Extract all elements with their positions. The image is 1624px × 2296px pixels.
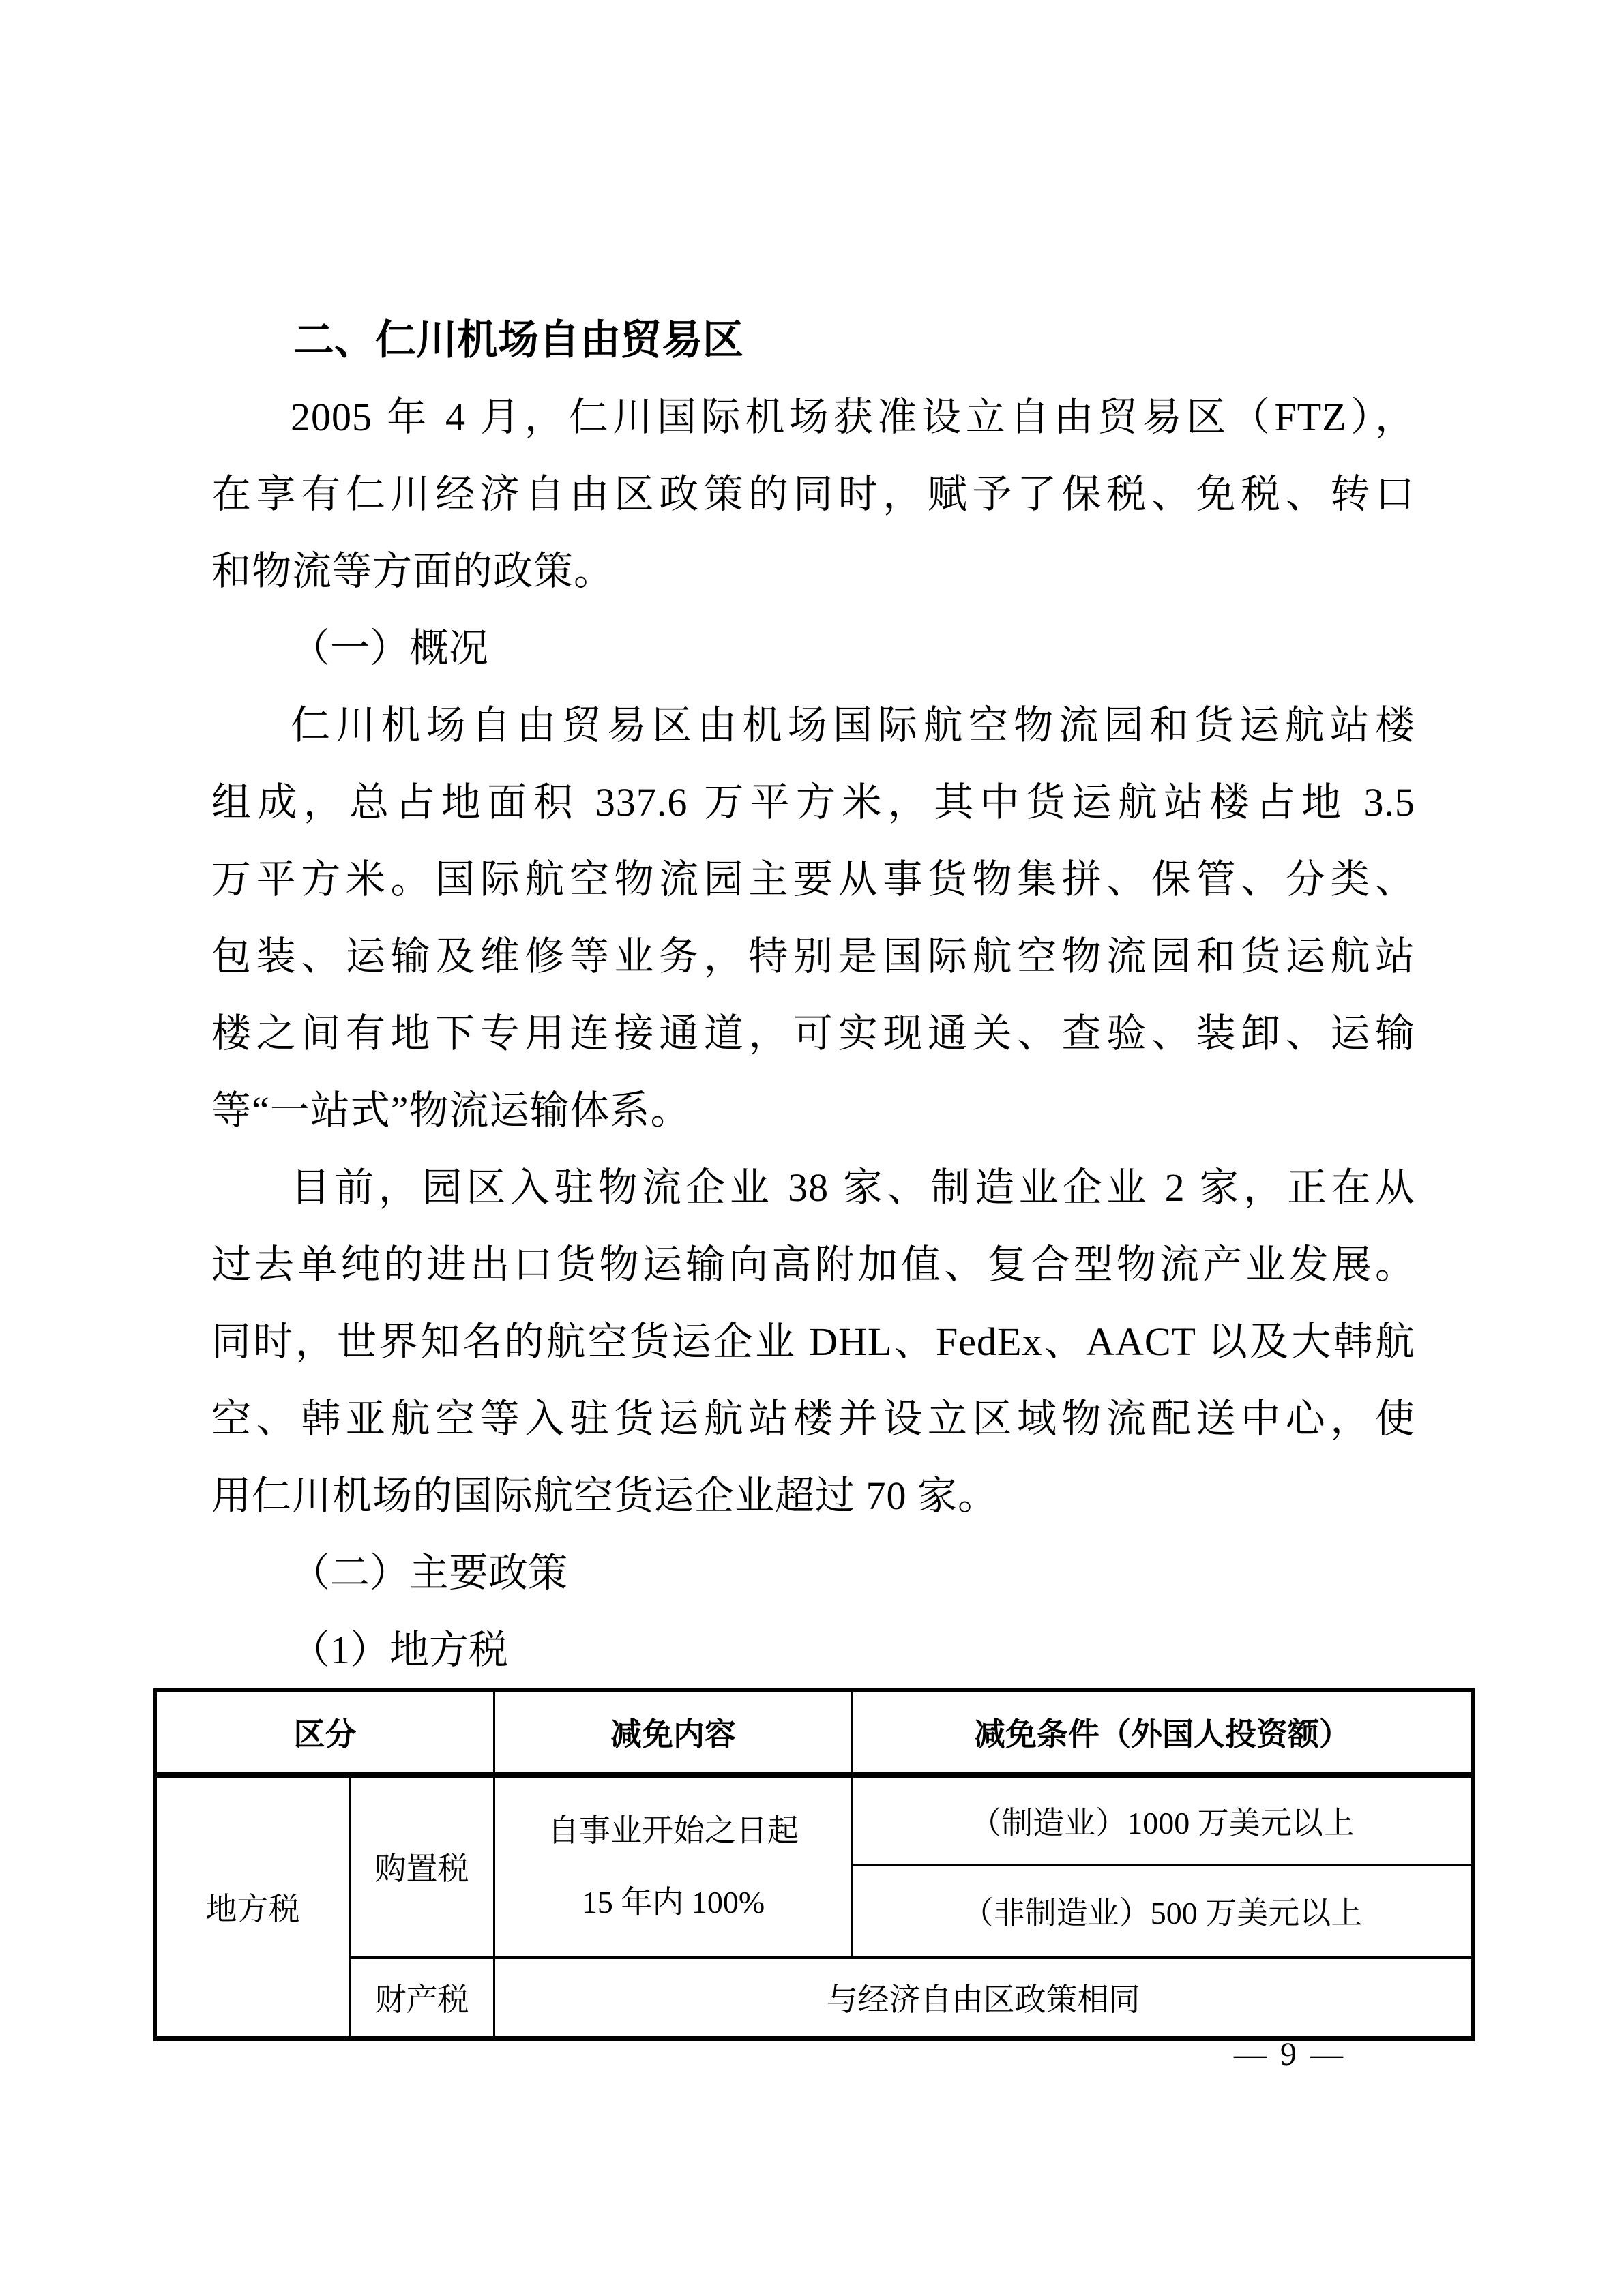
local-tax-table: 区分 减免内容 减免条件（外国人投资额） 地方税 购置税 自事业开始之日起 15… bbox=[153, 1688, 1475, 2041]
paragraph3-line: 过去单纯的进出口货物运输向高附加值、复合型物流产业发展。 bbox=[211, 1226, 1415, 1303]
header-cell-condition: 减免条件（外国人投资额） bbox=[853, 1690, 1473, 1775]
subsection-heading-local-tax: （1）地方税 bbox=[211, 1611, 1415, 1688]
paragraph3-line: 空、韩亚航空等入驻货运航站楼并设立区域物流配送中心，使 bbox=[211, 1380, 1415, 1457]
cell-purchase-tax: 购置税 bbox=[350, 1775, 494, 1958]
paragraph2-line: 组成，总占地面积 337.6 万平方米，其中货运航站楼占地 3.5 bbox=[211, 764, 1415, 841]
paragraph1-line: 和物流等方面的政策。 bbox=[211, 533, 1415, 610]
subsection-heading-policies: （二）主要政策 bbox=[211, 1534, 1415, 1611]
header-cell-group: 区分 bbox=[156, 1690, 494, 1775]
cell-property-tax: 财产税 bbox=[350, 1958, 494, 2038]
paragraph2-line: 万平方米。国际航空物流园主要从事货物集拼、保管、分类、 bbox=[211, 841, 1415, 918]
cell-local-tax: 地方税 bbox=[156, 1775, 350, 2038]
paragraph2-line: 等“一站式”物流运输体系。 bbox=[211, 1072, 1415, 1149]
document-content: 二、仁川机场自由贸易区 2005 年 4 月，仁川国际机场获准设立自由贸易区（F… bbox=[211, 301, 1415, 2041]
cell-condition-manufacturing: （制造业）1000 万美元以上 bbox=[853, 1775, 1473, 1865]
paragraph1-line: 在享有仁川经济自由区政策的同时，赋予了保税、免税、转口 bbox=[211, 456, 1415, 533]
paragraph2-line: 包装、运输及维修等业务，特别是国际航空物流园和货运航站 bbox=[211, 918, 1415, 995]
purchase-content-line2: 15 年内 100% bbox=[495, 1866, 851, 1938]
paragraph2-line: 仁川机场自由贸易区由机场国际航空物流园和货运航站楼 bbox=[211, 687, 1415, 764]
table-row: 财产税 与经济自由区政策相同 bbox=[156, 1958, 1473, 2038]
page-number: — 9 — bbox=[1234, 2036, 1346, 2073]
document-page: 二、仁川机场自由贸易区 2005 年 4 月，仁川国际机场获准设立自由贸易区（F… bbox=[0, 0, 1624, 2296]
cell-condition-non-manufacturing: （非制造业）500 万美元以上 bbox=[853, 1865, 1473, 1958]
paragraph3-line: 同时，世界知名的航空货运企业 DHL、FedEx、AACT 以及大韩航 bbox=[211, 1303, 1415, 1380]
paragraph3-line: 用仁川机场的国际航空货运企业超过 70 家。 bbox=[211, 1457, 1415, 1534]
paragraph2-line: 楼之间有地下专用连接通道，可实现通关、查验、装卸、运输 bbox=[211, 995, 1415, 1072]
purchase-content-line1: 自事业开始之日起 bbox=[495, 1795, 851, 1866]
header-cell-content: 减免内容 bbox=[494, 1690, 853, 1775]
paragraph3-line: 目前，园区入驻物流企业 38 家、制造业企业 2 家，正在从 bbox=[211, 1149, 1415, 1226]
paragraph1-line: 2005 年 4 月，仁川国际机场获准设立自由贸易区（FTZ）， bbox=[211, 378, 1415, 456]
cell-purchase-content: 自事业开始之日起 15 年内 100% bbox=[494, 1775, 853, 1958]
subsection-heading-overview: （一）概况 bbox=[211, 610, 1415, 687]
cell-property-value: 与经济自由区政策相同 bbox=[494, 1958, 1473, 2038]
table-row: 地方税 购置税 自事业开始之日起 15 年内 100% （制造业）1000 万美… bbox=[156, 1775, 1473, 1865]
table-header-row: 区分 减免内容 减免条件（外国人投资额） bbox=[156, 1690, 1473, 1775]
section-heading: 二、仁川机场自由贸易区 bbox=[211, 301, 1415, 378]
